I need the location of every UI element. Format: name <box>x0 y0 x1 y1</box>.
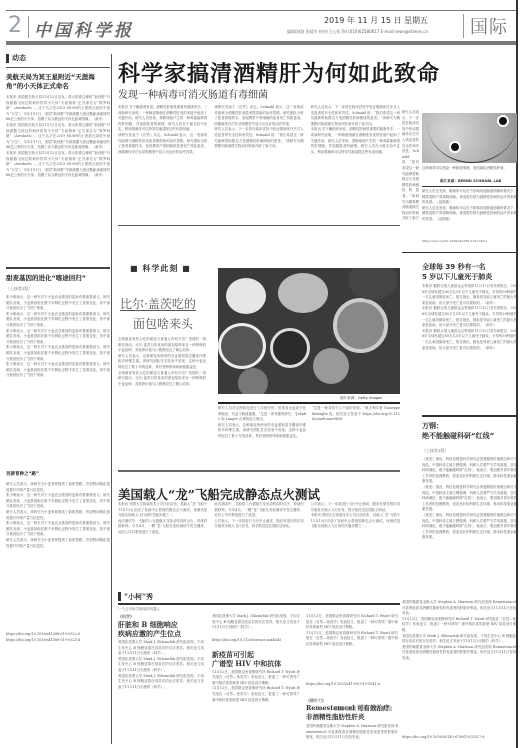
reference-link[interactable]: https://doi.org/10.1038/s41588-019-0523-… <box>6 638 110 644</box>
main-article-body-end: 研究人员还发现，噬菌体可以在不影响其他肠道细菌的情况下，精准清除产毒粪肠球菌。该… <box>422 189 517 239</box>
divider <box>118 225 400 226</box>
article-body: 本报讯 美国太空探索技术公司日前宣布，其载人“龙”飞船于11月13日完成了发射中… <box>118 502 400 587</box>
continued-note: （上接第1版） <box>6 286 110 292</box>
main-subheadline: 发现一种病毒可消灭肠道有毒细菌 <box>118 86 268 101</box>
divider <box>118 603 400 605</box>
masthead-logo: 中国科学报 <box>34 16 134 41</box>
science-moment-body: 全球最富有的人吃的面包与普通人有何不同？美国的一项研究指出，比尔·盖茨日常食用的… <box>118 337 206 457</box>
divider <box>118 470 400 472</box>
bacteriophage-micrograph <box>422 113 517 163</box>
science-moment-columns: 研究人员对这种面包进行了详细分析，发现其全麦成分比例较高，有益于肠道健康。“这是… <box>218 406 400 466</box>
divider <box>28 16 29 38</box>
xiaohexiu-article-1: 《科学》 肝脏和 B 细胞响应 疾病应激的产生位点 美国匹兹堡大学 Mark J… <box>118 614 204 730</box>
section-tag-xiaohexiu: “小柯”秀 <box>118 592 153 601</box>
article-subhead: 另辟育种之“路” <box>6 470 110 479</box>
main-article-body-cont: 研究人员表示，下一步将在临床试验中验证噬菌体疗法对人类患者的安全性和有效性。Sc… <box>402 110 419 220</box>
xiaohexiu-article-2-cont: 11月12日，美国斯克里普斯研究所 Richard T. Wyatt 研究组在《… <box>306 614 398 688</box>
divider <box>422 415 517 417</box>
reference-link[interactable]: https://doi.org/10.1016/S0140-6736(19)32… <box>402 735 516 741</box>
divider <box>6 267 110 269</box>
science-moment-headline: 比尔·盖茨吃的 <box>120 295 196 312</box>
editor-credits: 编辑/赵路 张晴丹 校对/王心怡 Tel:(010)62580617 E-mai… <box>287 29 428 35</box>
left-column: 动态 美航天局为冥王星附近“天涯海角”的小天体正式命名 本报讯 美国航空航天局1… <box>6 54 110 744</box>
section-tag-news: 动态 <box>6 54 110 63</box>
article-headline: 全球每 39 秒有一名 5 岁以下儿童死于肺炎 <box>422 262 492 282</box>
section-title: 国际 <box>470 13 508 39</box>
article-headline: 美国载人“龙”飞船完成静态点火测试 <box>118 485 320 503</box>
article-headline: 甜麦基因的进化“喀途回归” <box>6 274 110 283</box>
page-number: 2 <box>8 14 22 38</box>
header-rule <box>6 41 518 45</box>
article-body: 研究人员表示，该研究为小麦育种提供了新的思路，有望利用驯化基因提升作物产量与抗逆… <box>6 482 110 632</box>
top-rule <box>6 10 518 11</box>
xiaohexiu-article-3: 《柳叶刀》 Remestemcel 可有效治疗 非酒精性脂肪性肝炎 美国约翰霍普… <box>306 698 398 748</box>
divider <box>463 14 464 38</box>
section-subtitle: 一个会写科学新闻的机器人 <box>118 607 160 612</box>
article-body: 美国约翰霍普金斯大学 Stephen A. Harrison 研究组发现 Rem… <box>402 600 516 740</box>
issue-date: 2019 年 11 月 15 日 星期五 <box>324 15 428 26</box>
divider <box>218 402 400 404</box>
main-article-body: 本报讯 对于酗酒者来说，酒精性肝病是重要的健康杀手。一项新研究表明，一种肠道细菌… <box>118 105 400 225</box>
divider <box>6 67 110 68</box>
main-headline: 科学家搞清酒精肝为何如此致命 <box>118 57 440 88</box>
image-credit: 图片来源：BERND SCHNABL LAB <box>440 179 501 184</box>
article-headline: 万钢： 绝不能触碰科研“红线” <box>422 421 494 441</box>
divider <box>402 252 516 253</box>
image-caption: 这种病毒可以感染一种肠道细菌，进而减轻酒精性肝病。 <box>422 166 517 171</box>
continued-note: （上接第1版） <box>422 448 517 454</box>
article-body: 本报讯 据联合国儿童基金会等组织11月12日发布的报告，2018年全球有超过80… <box>422 284 517 404</box>
article-body: 本报讯 美国航空航天局11月12日宣布，将太阳系边缘的“新视野”号探测器飞掠过的… <box>6 95 110 255</box>
food-photo <box>218 268 400 394</box>
reference-link[interactable]: https://doi.org/10.1038/s41586-019-1742-… <box>422 239 517 245</box>
science-moment-headline-2: 面包啥来头 <box>133 315 193 332</box>
reference-link[interactable]: https://doi.org/10.1038/s41590-019-0541-… <box>306 682 398 688</box>
article-headline: 美航天局为冥王星附近“天涯海角”的小天体正式命名 <box>6 73 110 91</box>
image-credit: 图片来源：Getty Images <box>340 396 382 401</box>
article-body: 张小明表示，这一研究对于小麦农业基因的更新有着重要意义。研究团队发现，小麦基因组… <box>6 295 110 465</box>
article-body: 《意见》指出，科技伦理是科学研究必须遵循的价值理念和行为规范。中国科协主席万钢强… <box>422 457 517 592</box>
column-divider <box>111 54 112 744</box>
science-moment-label: ■ 科学此刻 ■ <box>130 263 191 274</box>
divider <box>422 186 517 187</box>
xiaohexiu-article-2: 美国匹兹堡大学 Mark J. Shlomchik 研究组发现，不同生发中心 B… <box>212 614 300 740</box>
reference-link[interactable]: https://doi.org/10.1126/science.aax4045 <box>212 638 300 644</box>
